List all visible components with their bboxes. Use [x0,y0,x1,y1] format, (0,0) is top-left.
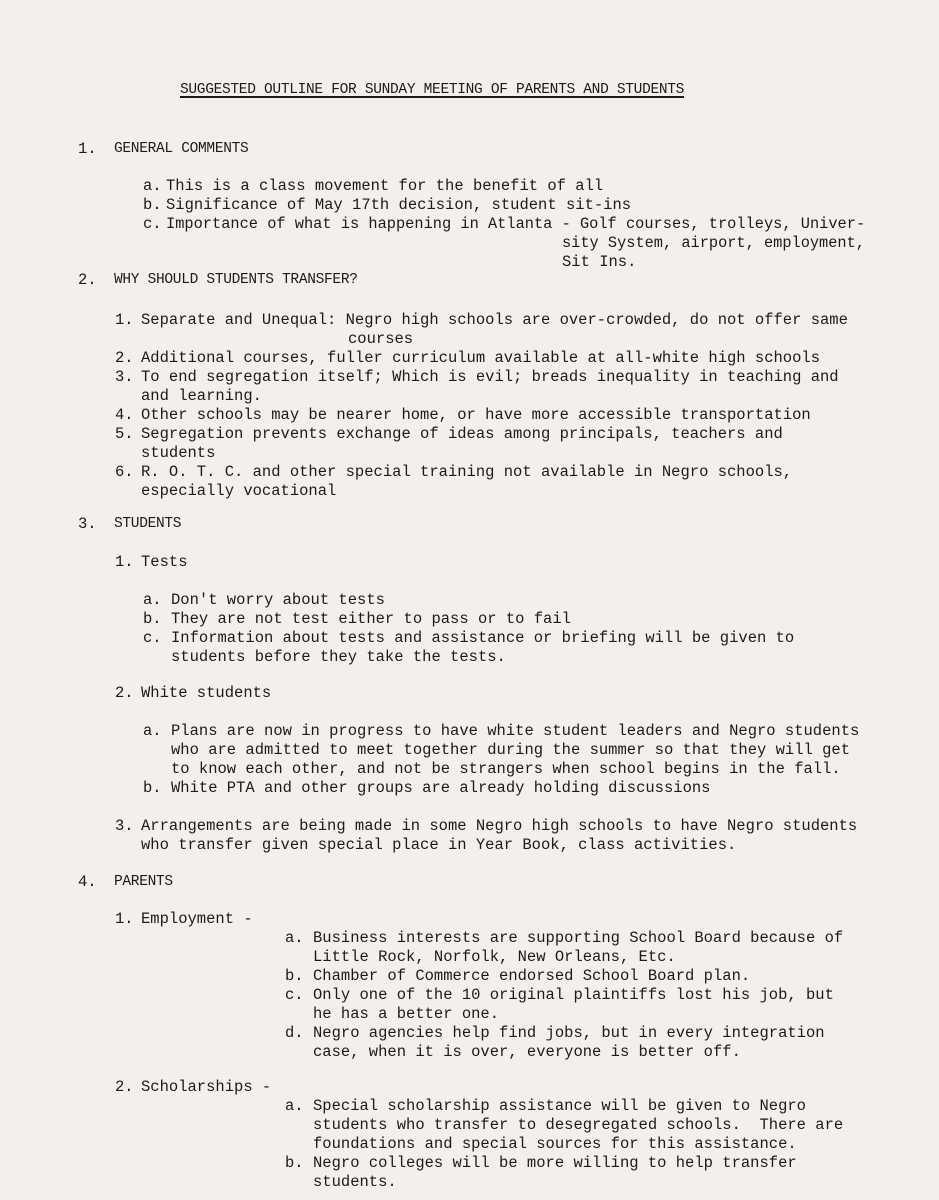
section-heading: PARENTS [114,873,173,892]
subsection-label: 1. [115,553,134,572]
item-label: c. [285,986,304,1005]
section-number: 1. [78,140,97,159]
document-title: SUGGESTED OUTLINE FOR SUNDAY MEETING OF … [180,82,741,98]
subsection-title: Arrangements are being made in some Negr… [141,817,857,836]
item-continuation: and learning. [141,387,262,406]
section-number: 2. [78,271,97,290]
item-continuation: foundations and special sources for this… [313,1135,797,1154]
item-text: Significance of May 17th decision, stude… [166,196,631,215]
item-label: a. [143,591,162,610]
item-text: Don't worry about tests [171,591,385,610]
item-continuation: who transfer given special place in Year… [141,836,736,855]
item-label: a. [143,722,162,741]
subsection-title: Tests [141,553,188,572]
item-label: b. [285,967,304,986]
section-heading: WHY SHOULD STUDENTS TRANSFER? [114,271,358,290]
item-text: Special scholarship assistance will be g… [313,1097,806,1116]
item-text: Other schools may be nearer home, or hav… [141,406,811,425]
subsection-label: 2. [115,684,134,703]
item-label: 1. [115,311,134,330]
item-text: Plans are now in progress to have white … [171,722,859,741]
subsection-title: Employment - [141,910,253,929]
item-label: a. [285,1097,304,1116]
item-continuation: Sit Ins. [562,253,636,272]
item-continuation: courses [348,330,413,349]
item-text: Chamber of Commerce endorsed School Boar… [313,967,750,986]
item-text: This is a class movement for the benefit… [166,177,603,196]
item-text: Additional courses, fuller curriculum av… [141,349,820,368]
item-label: c. [143,629,162,648]
item-label: 4. [115,406,134,425]
subsection-label: 3. [115,817,134,836]
section-number: 3. [78,515,97,534]
item-text: Negro agencies help find jobs, but in ev… [313,1024,825,1043]
item-continuation: to know each other, and not be strangers… [171,760,841,779]
item-label: a. [143,177,162,196]
item-text: Segregation prevents exchange of ideas a… [141,425,783,444]
subsection-label: 1. [115,910,134,929]
item-text: They are not test either to pass or to f… [171,610,571,629]
item-continuation: who are admitted to meet together during… [171,741,850,760]
section-number: 4. [78,873,97,892]
item-text: Information about tests and assistance o… [171,629,794,648]
item-label: a. [285,929,304,948]
item-text: To end segregation itself; Which is evil… [141,368,839,387]
item-label: b. [285,1154,304,1173]
item-continuation: especially vocational [141,482,336,501]
item-text: Separate and Unequal: Negro high schools… [141,311,848,330]
subsection-title: Scholarships - [141,1078,271,1097]
item-label: d. [285,1024,304,1043]
item-text: R. O. T. C. and other special training n… [141,463,792,482]
item-continuation: students [141,444,215,463]
item-continuation: students who transfer to desegregated sc… [313,1116,843,1135]
document-page: SUGGESTED OUTLINE FOR SUNDAY MEETING OF … [0,0,939,1200]
section-heading: STUDENTS [114,515,181,534]
item-text: Importance of what is happening in Atlan… [166,215,865,234]
item-continuation: case, when it is over, everyone is bette… [313,1043,741,1062]
subsection-label: 2. [115,1078,134,1097]
item-label: 6. [115,463,134,482]
item-label: b. [143,610,162,629]
item-text: Only one of the 10 original plaintiffs l… [313,986,834,1005]
item-label: b. [143,779,162,798]
item-label: c. [143,215,162,234]
section-heading: GENERAL COMMENTS [114,140,248,159]
item-label: 3. [115,368,134,387]
item-text: Business interests are supporting School… [313,929,843,948]
item-text: Negro colleges will be more willing to h… [313,1154,797,1173]
item-label: 5. [115,425,134,444]
item-label: 2. [115,349,134,368]
item-continuation: Little Rock, Norfolk, New Orleans, Etc. [313,948,676,967]
item-continuation: sity System, airport, employment, [562,234,865,253]
item-continuation: students. [313,1173,397,1192]
item-continuation: he has a better one. [313,1005,499,1024]
item-continuation: students before they take the tests. [171,648,506,667]
item-label: b. [143,196,162,215]
item-text: White PTA and other groups are already h… [171,779,711,798]
subsection-title: White students [141,684,271,703]
